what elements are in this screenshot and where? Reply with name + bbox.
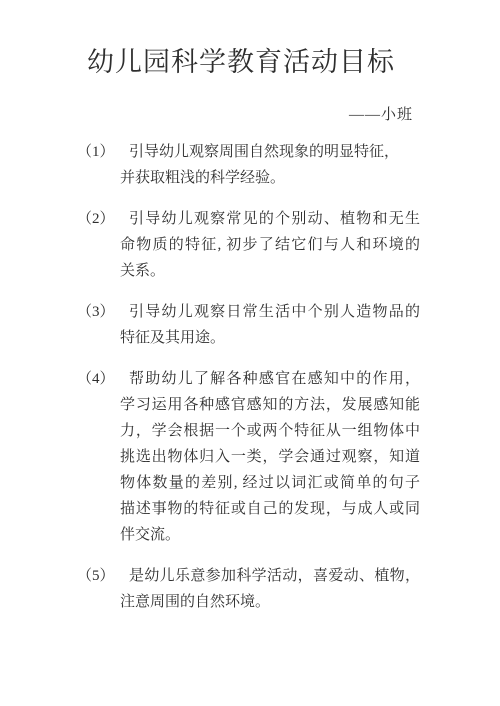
subtitle: ——小班 (77, 105, 413, 125)
item-line: 是幼儿乐意参加科学活动，喜爱动、植物， (120, 563, 420, 589)
item-line: 引导幼儿观察常见的个别动、植物和无生 (120, 206, 420, 232)
list-item-4: （4） 帮助幼儿了解各种感官在感知中的作用， 学习运用各种感官感知的方法，发展感… (77, 366, 420, 548)
list-item-2: （2） 引导幼儿观察常见的个别动、植物和无生 命物质的特征, 初步了结它们与人和… (77, 206, 420, 284)
item-line: 伴交流。 (120, 522, 420, 548)
item-line: 特征及其用途。 (120, 325, 420, 351)
list-item-5: （5） 是幼儿乐意参加科学活动，喜爱动、植物， 注意周围的自然环境。 (77, 563, 420, 615)
item-marker: （4） (77, 366, 115, 392)
list-item-3: （3） 引导幼儿观察日常生活中个别人造物品的 特征及其用途。 (77, 299, 420, 351)
goal-list: （1） 引导幼儿观察周围自然现象的明显特征， 并获取粗浅的科学经验。 （2） 引… (77, 139, 430, 615)
document-page: 幼儿园科学教育活动目标 ——小班 （1） 引导幼儿观察周围自然现象的明显特征， … (0, 0, 500, 706)
item-marker: （5） (77, 563, 115, 589)
item-line: 学习运用各种感官感知的方法，发展感知能 (120, 392, 420, 418)
item-marker: （2） (77, 206, 115, 232)
item-line: 关系。 (120, 258, 420, 284)
item-line: 力，学会根据一个或两个特征从一组物体中 (120, 418, 420, 444)
item-line: 命物质的特征, 初步了结它们与人和环境的 (120, 232, 420, 258)
item-marker: （3） (77, 299, 115, 325)
item-line: 物体数量的差别, 经过以词汇或简单的句子 (120, 470, 420, 496)
item-line: 描述事物的特征或自己的发现，与成人或同 (120, 496, 420, 522)
page-title: 幼儿园科学教育活动目标 (87, 45, 430, 79)
item-line: 并获取粗浅的科学经验。 (120, 165, 420, 191)
item-line: 引导幼儿观察日常生活中个别人造物品的 (120, 299, 420, 325)
item-line: 引导幼儿观察周围自然现象的明显特征， (120, 139, 420, 165)
item-marker: （1） (77, 139, 115, 165)
item-line: 帮助幼儿了解各种感官在感知中的作用， (120, 366, 420, 392)
item-line: 注意周围的自然环境。 (120, 589, 420, 615)
list-item-1: （1） 引导幼儿观察周围自然现象的明显特征， 并获取粗浅的科学经验。 (77, 139, 420, 191)
item-line: 挑选出物体归入一类，学会通过观察，知道 (120, 444, 420, 470)
